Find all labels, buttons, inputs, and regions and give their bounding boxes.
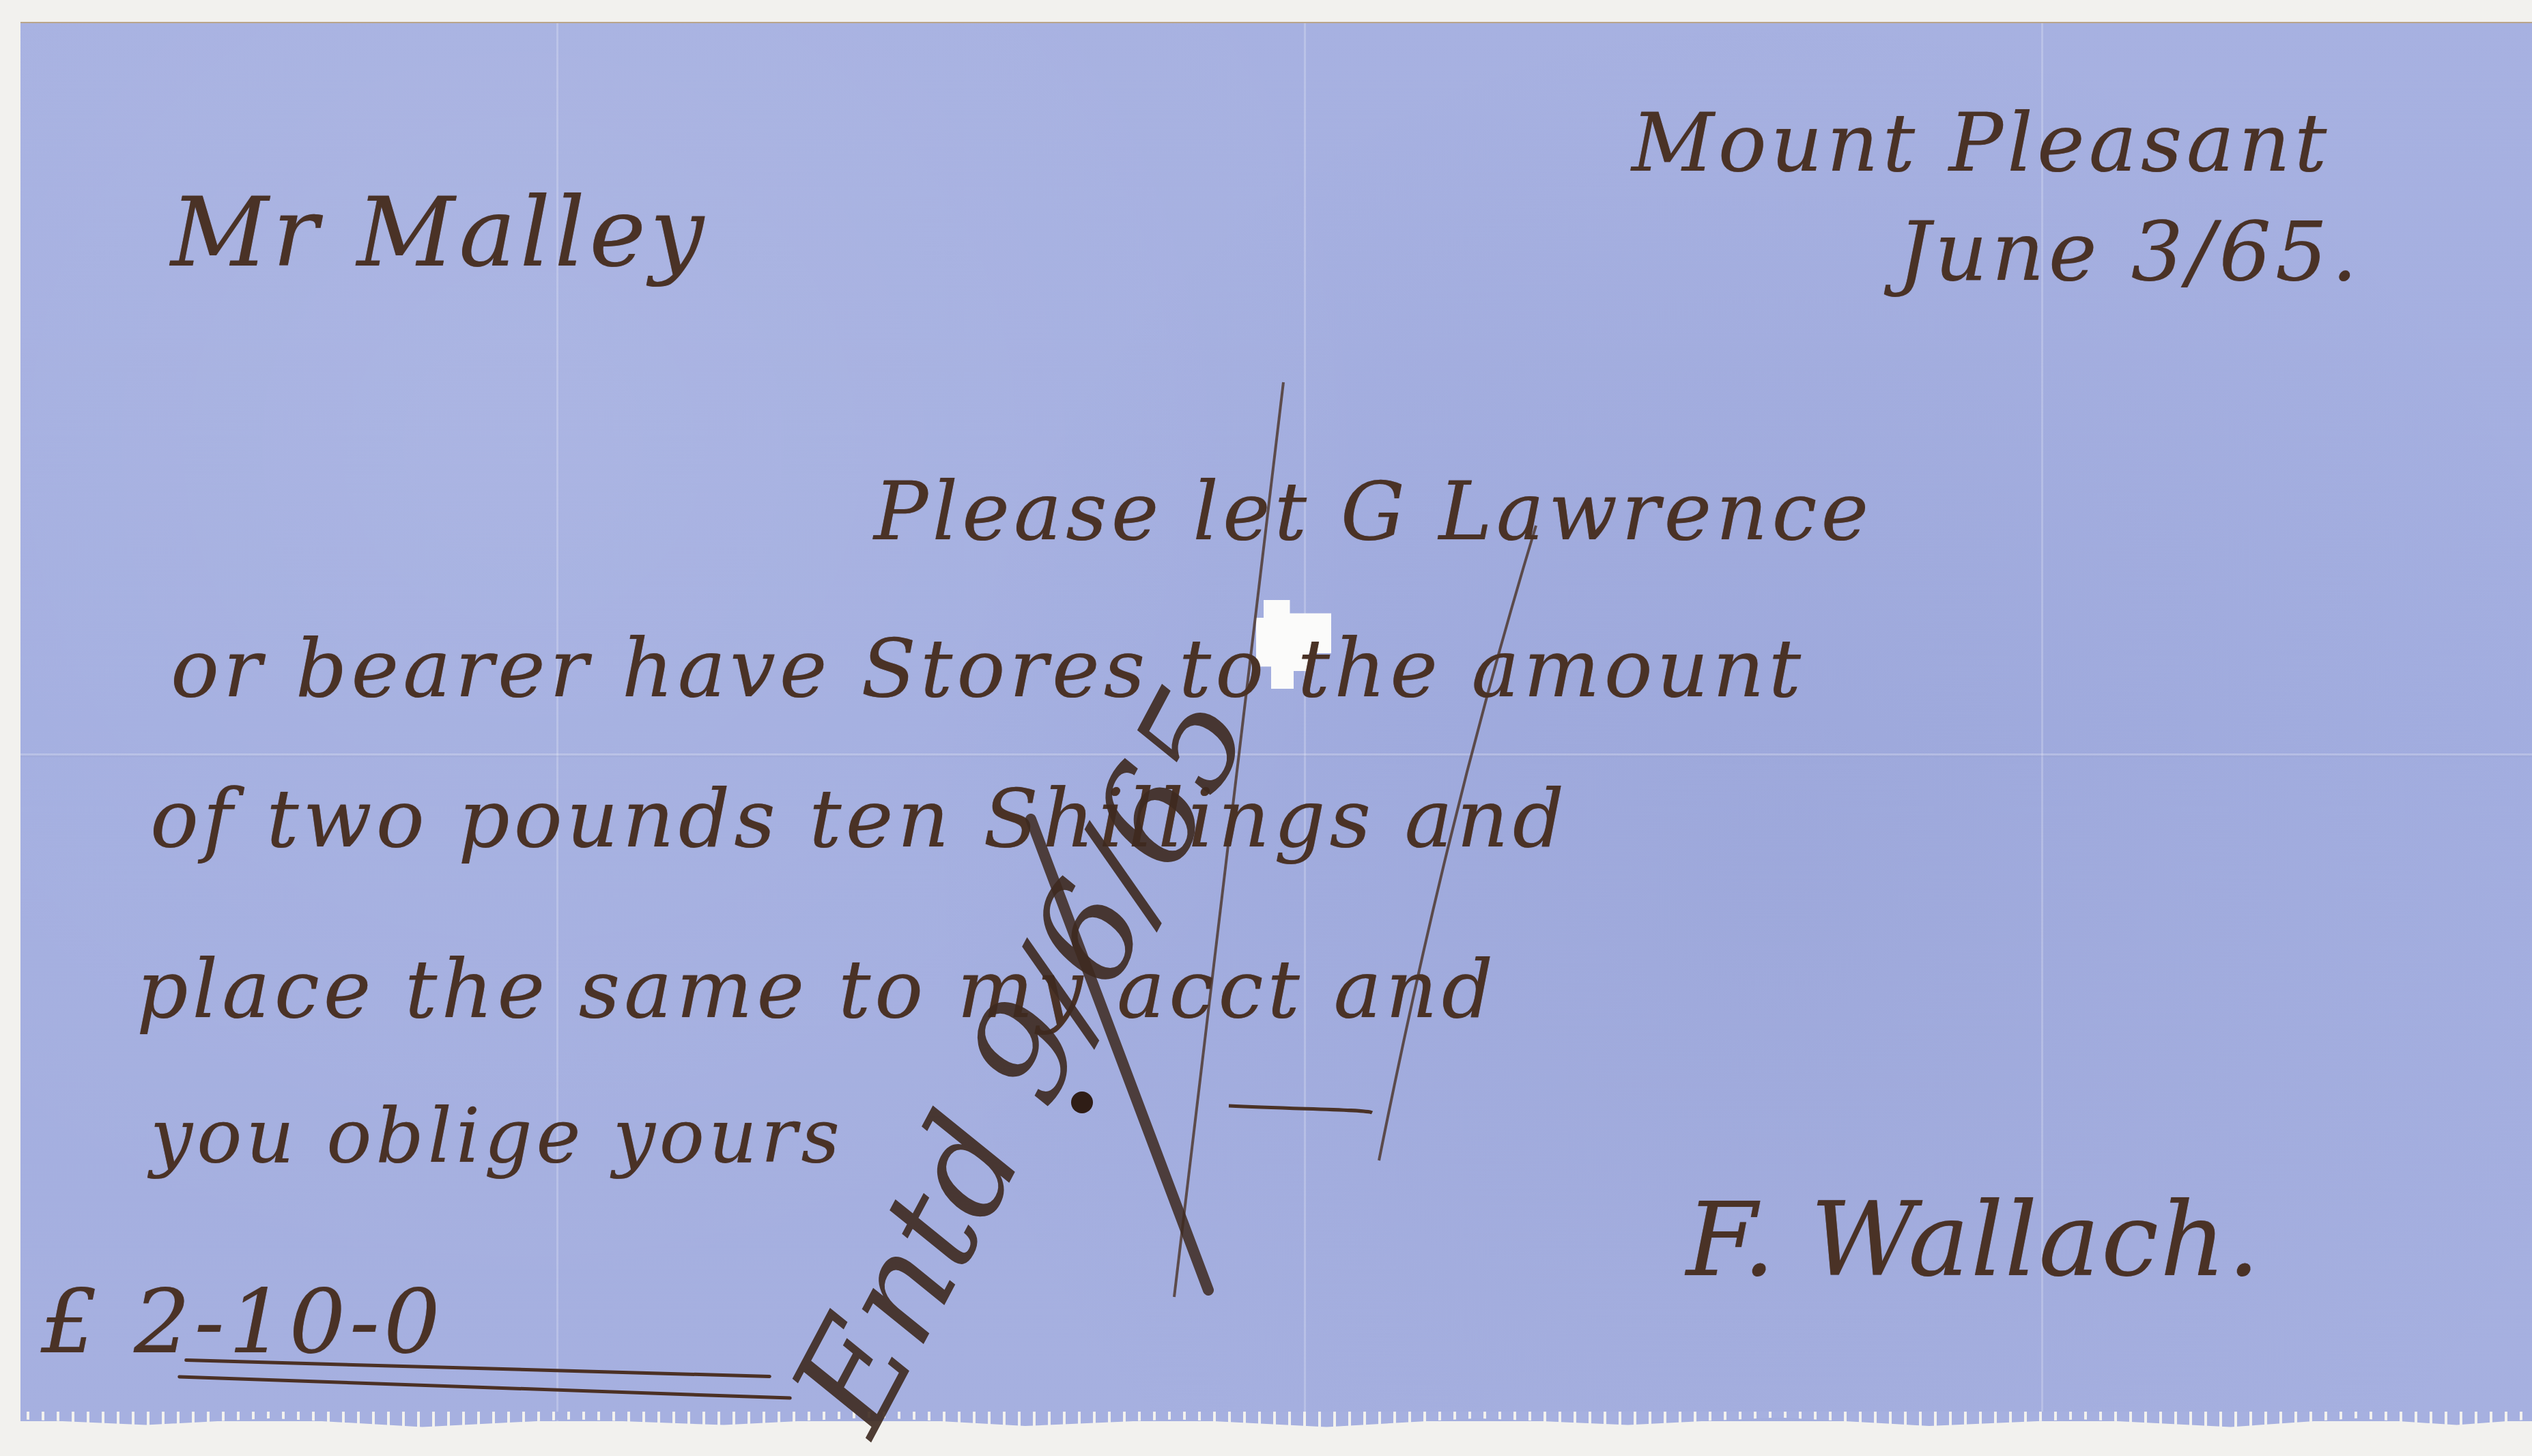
ink-flourishes — [0, 0, 2532, 1456]
